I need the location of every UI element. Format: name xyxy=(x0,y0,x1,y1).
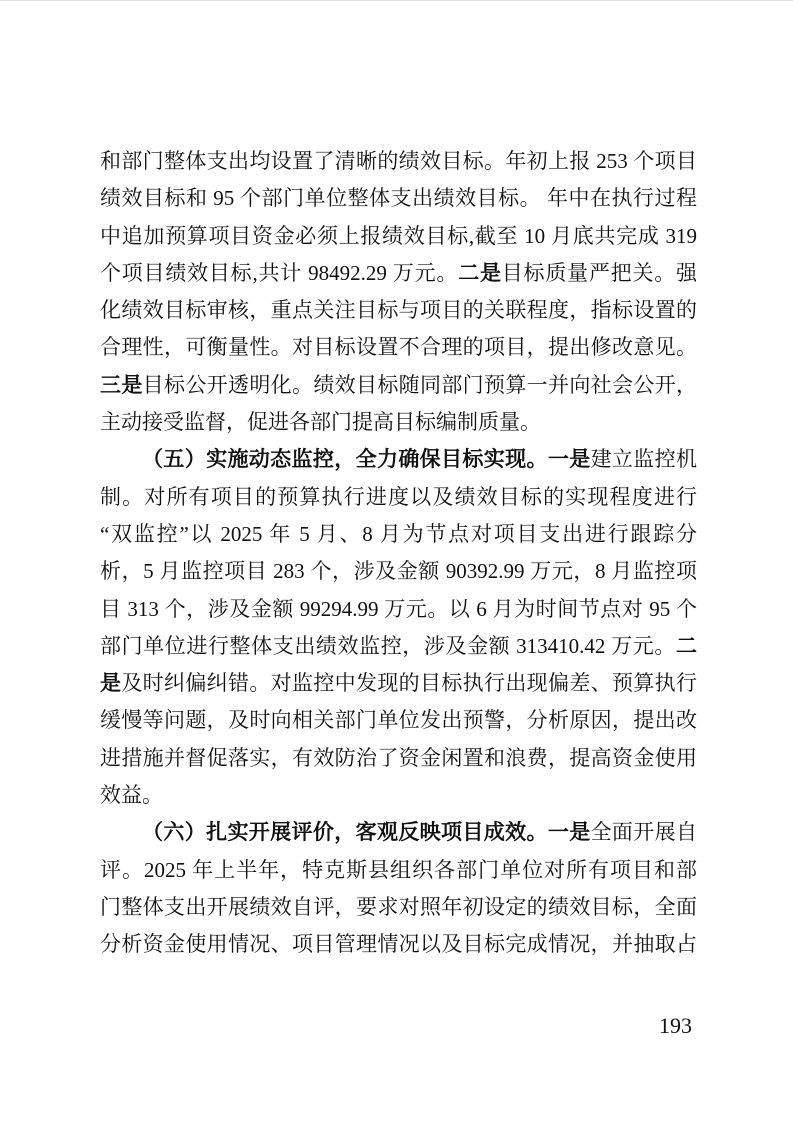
body-text: 部门单位进行整体支出绩效监控，涉及金额 313410.42 万元。 xyxy=(100,634,676,658)
text-line: 评。2025 年上半年，特克斯县组织各部门单位对所有项目和部 xyxy=(100,852,697,889)
text-line: 部门单位进行整体支出绩效监控，涉及金额 313410.42 万元。二 xyxy=(100,628,697,665)
text-line: 个项目绩效目标,共计 98492.29 万元。二是目标质量严把关。强 xyxy=(100,255,697,292)
text-line: 中追加预算项目资金必须上报绩效目标,截至 10 月底共完成 319 xyxy=(100,218,697,255)
bold-run-in-heading: （六）扎实开展评价，客观反映项目成效。一是 xyxy=(142,820,591,844)
body-text: 和部门整体支出均设置了清晰的绩效目标。年初上报 253 个项目 xyxy=(100,149,697,173)
page-number: 193 xyxy=(659,1013,692,1039)
body-text: 建立监控机 xyxy=(591,447,697,471)
text-line: 进措施并督促落实，有效防治了资金闲置和浪费，提高资金使用 xyxy=(100,740,697,777)
text-line: 化绩效目标审核，重点关注目标与项目的关联程度，指标设置的 xyxy=(100,292,697,329)
body-text: 全面开展自 xyxy=(591,820,697,844)
text-line: 制。对所有项目的预算执行进度以及绩效目标的实现程度进行 xyxy=(100,479,697,516)
body-text: 中追加预算项目资金必须上报绩效目标,截至 10 月底共完成 319 xyxy=(100,224,697,248)
body-text: 评。2025 年上半年，特克斯县组织各部门单位对所有项目和部 xyxy=(100,858,697,882)
text-line: “双监控”以 2025 年 5 月、8 月为节点对项目支出进行跟踪分 xyxy=(100,516,697,553)
body-text: 进措施并督促落实，有效防治了资金闲置和浪费，提高资金使用 xyxy=(100,746,697,770)
text-line: 目 313 个，涉及金额 99294.99 万元。以 6 月为时间节点对 95 … xyxy=(100,591,697,628)
body-text: 个项目绩效目标,共计 98492.29 万元。 xyxy=(100,261,458,285)
body-text: 缓慢等问题，及时向相关部门单位发出预警，分析原因，提出改 xyxy=(100,708,697,732)
body-text: 目标质量严把关。强 xyxy=(502,261,697,285)
bold-run-in-heading: 二是 xyxy=(458,261,502,285)
body-text: 主动接受监督，促进各部门提高目标编制质量。 xyxy=(100,410,541,434)
body-text: 目 313 个，涉及金额 99294.99 万元。以 6 月为时间节点对 95 … xyxy=(100,597,697,621)
body-text: “双监控”以 2025 年 5 月、8 月为节点对项目支出进行跟踪分 xyxy=(100,522,697,546)
body-text: 门整体支出开展绩效自评，要求对照年初设定的绩效目标，全面 xyxy=(100,895,697,919)
text-line: 门整体支出开展绩效自评，要求对照年初设定的绩效目标，全面 xyxy=(100,889,697,926)
body-text: 绩效目标和 95 个部门单位整体支出绩效目标。 年中在执行过程 xyxy=(100,186,697,210)
body-text: 制。对所有项目的预算执行进度以及绩效目标的实现程度进行 xyxy=(100,485,697,509)
text-line: 效益。 xyxy=(100,777,697,814)
text-line: 合理性，可衡量性。对目标设置不合理的项目，提出修改意见。 xyxy=(100,329,697,366)
text-line: 绩效目标和 95 个部门单位整体支出绩效目标。 年中在执行过程 xyxy=(100,180,697,217)
bold-run-in-heading: 二 xyxy=(676,634,697,658)
body-text: 分析资金使用情况、项目管理情况以及目标完成情况，并抽取占 xyxy=(100,932,697,956)
text-line: （六）扎实开展评价，客观反映项目成效。一是全面开展自 xyxy=(100,814,697,851)
text-line: 缓慢等问题，及时向相关部门单位发出预警，分析原因，提出改 xyxy=(100,702,697,739)
text-line: （五）实施动态监控，全力确保目标实现。一是建立监控机 xyxy=(100,441,697,478)
text-line: 主动接受监督，促进各部门提高目标编制质量。 xyxy=(100,404,697,441)
body-text: 效益。 xyxy=(100,783,163,807)
page-top-edge xyxy=(0,0,793,1)
body-text: 目标公开透明化。绩效目标随同部门预算一并向社会公开， xyxy=(143,373,697,397)
text-line: 分析资金使用情况、项目管理情况以及目标完成情况，并抽取占 xyxy=(100,926,697,963)
body-text: 及时纠偏纠错。对监控中发现的目标执行出现偏差、预算执行 xyxy=(121,671,697,695)
document-body: 和部门整体支出均设置了清晰的绩效目标。年初上报 253 个项目绩效目标和 95 … xyxy=(100,143,697,964)
body-text: 化绩效目标审核，重点关注目标与项目的关联程度，指标设置的 xyxy=(100,298,697,322)
bold-run-in-heading: 三是 xyxy=(100,373,143,397)
body-text: 合理性，可衡量性。对目标设置不合理的项目，提出修改意见。 xyxy=(100,335,697,359)
text-line: 三是目标公开透明化。绩效目标随同部门预算一并向社会公开， xyxy=(100,367,697,404)
text-line: 是及时纠偏纠错。对监控中发现的目标执行出现偏差、预算执行 xyxy=(100,665,697,702)
bold-run-in-heading: 是 xyxy=(100,671,121,695)
text-line: 和部门整体支出均设置了清晰的绩效目标。年初上报 253 个项目 xyxy=(100,143,697,180)
bold-run-in-heading: （五）实施动态监控，全力确保目标实现。一是 xyxy=(142,447,591,471)
text-line: 析，5 月监控项目 283 个，涉及金额 90392.99 万元，8 月监控项 xyxy=(100,553,697,590)
body-text: 析，5 月监控项目 283 个，涉及金额 90392.99 万元，8 月监控项 xyxy=(100,559,697,583)
